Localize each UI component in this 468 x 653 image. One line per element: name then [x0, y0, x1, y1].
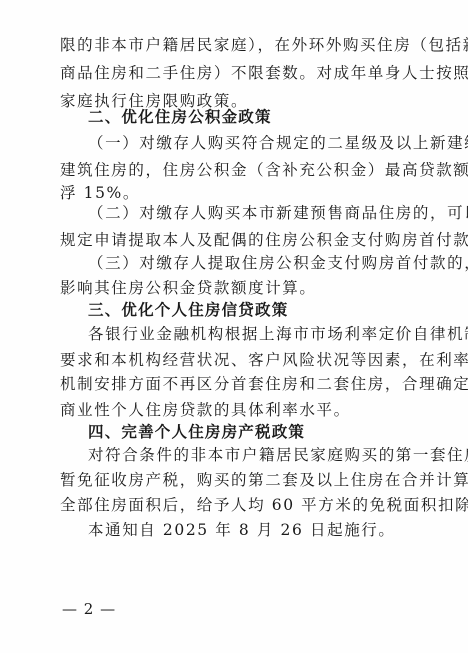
text-line: （三）对缴存人提取住房公积金支付购房首付款的，不 [88, 253, 400, 273]
section-heading-housing-fund: 二、优化住房公积金政策 [88, 107, 400, 127]
effective-date-line: 本通知自 2025 年 8 月 26 日起施行。 [88, 520, 400, 540]
text-line: （一）对缴存人购买符合规定的二星级及以上新建绿色 [88, 133, 400, 153]
text-line: 全部住房面积后，给予人均 60 平方米的免税面积扣除。 [60, 495, 400, 515]
section-heading-property-tax: 四、完善个人住房房产税政策 [88, 422, 400, 442]
text-line: 要求和本机构经营状况、客户风险状况等因素，在利率定价 [60, 350, 400, 370]
text-line: 各银行业金融机构根据上海市市场利率定价自律机制 [88, 324, 400, 344]
text-line: 限的非本市户籍居民家庭），在外环外购买住房（包括新建 [60, 35, 400, 55]
text-line: 影响其住房公积金贷款额度计算。 [60, 278, 400, 298]
text-line: 商品住房和二手住房）不限套数。对成年单身人士按照居民 [60, 63, 400, 83]
text-line: 浮 15%。 [60, 183, 400, 203]
text-line: 商业性个人住房贷款的具体利率水平。 [60, 400, 400, 420]
text-line: （二）对缴存人购买本市新建预售商品住房的，可以按 [88, 203, 400, 223]
text-line: 建筑住房的，住房公积金（含补充公积金）最高贷款额度上 [60, 160, 400, 180]
section-heading-credit: 三、优化个人住房信贷政策 [88, 300, 400, 320]
document-page: 限的非本市户籍居民家庭），在外环外购买住房（包括新建 商品住房和二手住房）不限套… [0, 0, 468, 653]
text-line: 对符合条件的非本市户籍居民家庭购买的第一套住房 [88, 445, 400, 465]
text-line: 暂免征收房产税，购买的第二套及以上住房在合并计算家庭 [60, 470, 400, 490]
text-line: 规定申请提取本人及配偶的住房公积金支付购房首付款。 [60, 230, 400, 250]
page-number: — 2 — [62, 600, 116, 618]
text-line: 机制安排方面不再区分首套住房和二套住房，合理确定每笔 [60, 374, 400, 394]
